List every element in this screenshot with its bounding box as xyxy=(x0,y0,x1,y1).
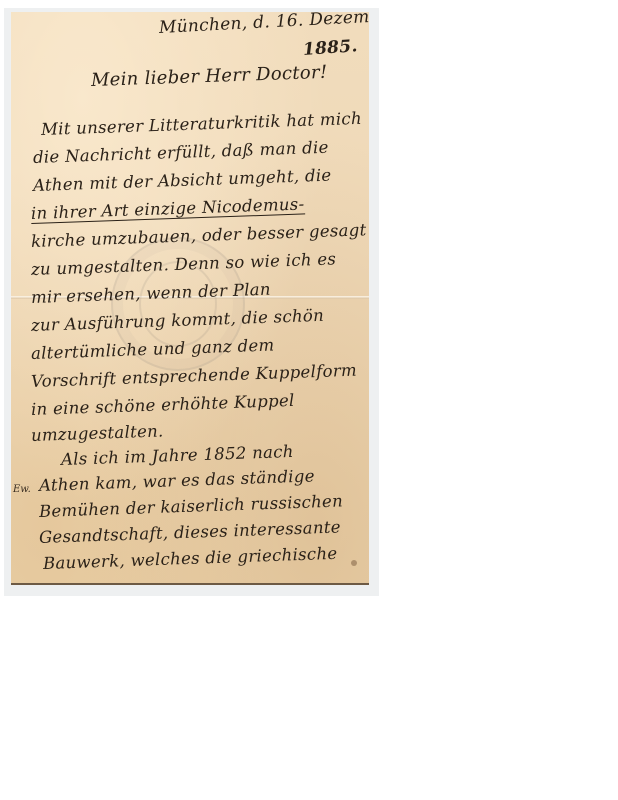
body-line: Mit unserer Litteraturkritik hat mich xyxy=(41,109,362,139)
place-date: München, d. 16. Dezember xyxy=(158,12,369,38)
body-line: in eine schöne erhöhte Kuppel xyxy=(31,391,295,419)
body-line: Bemühen der kaiserlich russischen xyxy=(39,491,344,521)
ink-smudge xyxy=(351,560,357,566)
salutation: Mein lieber Herr Doctor! xyxy=(91,62,328,91)
body-line: Gesandtschaft, dieses interessante xyxy=(39,517,341,547)
letter-page: München, d. 16. Dezember 1885. Mein lieb… xyxy=(11,12,369,583)
body-line: in ihrer Art einzige Nicodemus- xyxy=(31,194,305,224)
margin-mark: Ew. xyxy=(13,484,31,495)
body-line: umzugestalten. xyxy=(31,421,164,445)
body-line: Athen kam, war es das ständige xyxy=(39,466,315,495)
body-line: Bauwerk, welches die griechische xyxy=(43,544,338,573)
body-line: die Nachricht erfüllt, daß man die xyxy=(33,138,329,167)
scan-canvas: München, d. 16. Dezember 1885. Mein lieb… xyxy=(0,0,618,800)
year: 1885. xyxy=(302,36,358,60)
body-line: Athen mit der Absicht umgeht, die xyxy=(33,166,332,195)
body-line: Als ich im Jahre 1852 nach xyxy=(61,442,294,469)
